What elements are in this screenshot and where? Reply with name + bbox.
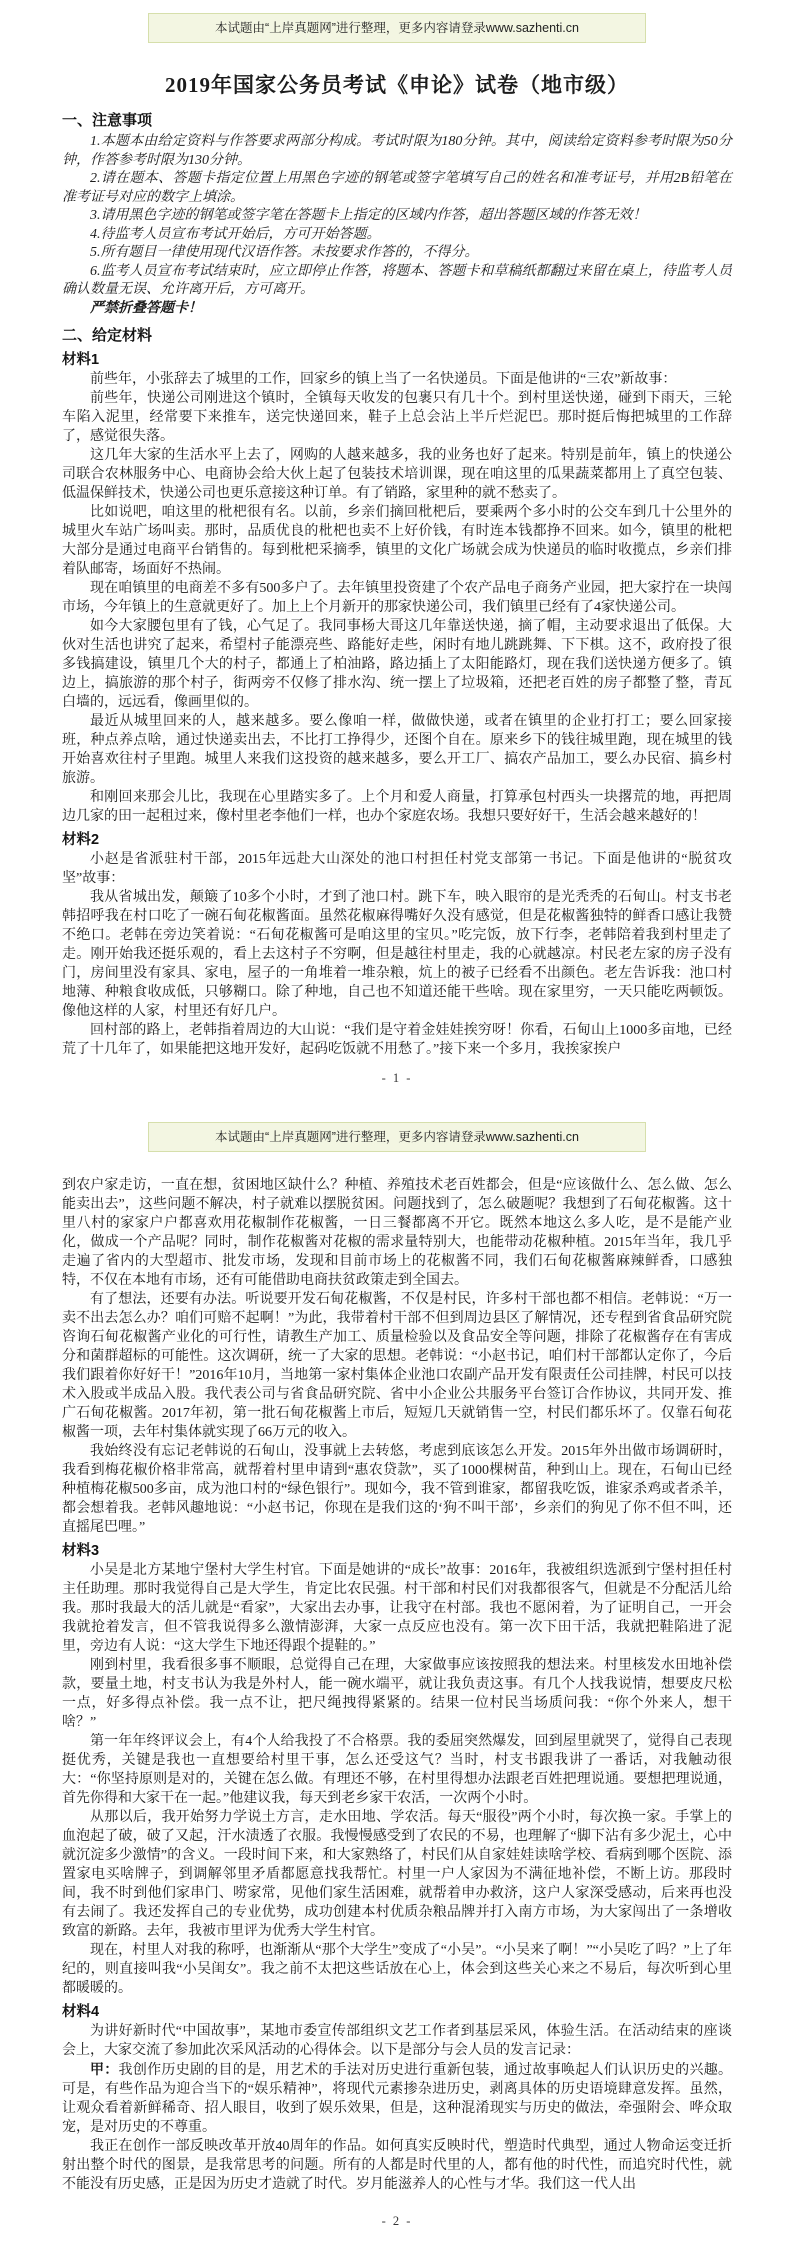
doc-title: 2019年国家公务员考试《申论》试卷（地市级） [62, 69, 732, 99]
notice-item-5: 5.所有题目一律使用现代汉语作答。未按要求作答的，不得分。 [62, 244, 732, 263]
notice-heading: 一、注意事项 [62, 109, 732, 130]
material-1-paragraph: 和刚回来那会儿比，我现在心里踏实多了。上个月和爱人商量，打算承包村西头一块撂荒的… [62, 788, 732, 826]
material-3-paragraph: 小吴是北方某地宁堡村大学生村官。下面是她讲的“成长”故事：2016年，我被组织选… [62, 1561, 732, 1656]
material-2-paragraph: 小赵是省派驻村干部，2015年远赴大山深处的池口村担任村党支部第一书记。下面是他… [62, 850, 732, 888]
page-number-2: - 2 - [62, 2214, 732, 2229]
material-1-paragraph: 这几年大家的生活水平上去了，网购的人越来越多，我的业务也好了起来。特别是前年，镇… [62, 446, 732, 503]
material-3-paragraph: 现在，村里人对我的称呼，也渐渐从“那个大学生”变成了“小吴”。“小吴来了啊！”“… [62, 1941, 732, 1998]
material-3-paragraph: 从那以后，我开始努力学说土方言，走水田地、学农活。每天“服役”两个小时，每次换一… [62, 1808, 732, 1941]
material-4-intro: 为讲好新时代“中国故事”，某地市委宣传部组织文艺工作者到基层采风，体验生活。在活… [62, 2022, 732, 2060]
material-1-paragraph: 比如说吧，咱这里的枇杷很有名。以前，乡亲们摘回枇杷后，要乘两个多小时的公交车到几… [62, 503, 732, 579]
page-1: 2019年国家公务员考试《申论》试卷（地市级） 一、注意事项 1.本题本由给定资… [0, 69, 794, 1086]
notice-item-1: 1.本题本由给定资料与作答要求两部分构成。考试时限为180分钟。其中，阅读给定资… [62, 133, 732, 170]
material-3-paragraph: 第一年年终评议会上，有4个人给我投了不合格票。我的委屈突然爆发，回到屋里就哭了，… [62, 1732, 732, 1808]
material-4-label: 材料4 [62, 2000, 732, 2021]
material-1-paragraph: 如今大家腰包里有了钱，心气足了。我同事杨大哥这几年靠送快递，摘了帽，主动要求退出… [62, 617, 732, 712]
notice-item-6: 6.监考人员宣布考试结束时，应立即停止作答，将题本、答题卡和草稿纸都翻过来留在桌… [62, 263, 732, 300]
source-banner: 本试题由“上岸真题网”进行整理，更多内容请登录www.sazhenti.cn [148, 1122, 646, 1152]
notice-warning: 严禁折叠答题卡！ [62, 300, 732, 319]
material-4-speaker-a-paragraph: 甲：我创作历史剧的目的是，用艺术的手法对历史进行重新包装，通过故事唤起人们认识历… [62, 2060, 732, 2137]
page-2: 到农户家走访，一直在想，贫困地区缺什么？种植、养殖技术老百姓都会，但是“应该做什… [0, 1176, 794, 2229]
material-2-paragraph: 回村部的路上，老韩指着周边的大山说：“我们是守着金娃娃挨穷呀！你看，石甸山上10… [62, 1021, 732, 1059]
material-1-paragraph: 前些年，小张辞去了城里的工作，回家乡的镇上当了一名快递员。下面是他讲的“三农”新… [62, 370, 732, 389]
material-2-paragraph: 我始终没有忘记老韩说的石甸山，没事就上去转悠，考虑到底该怎么开发。2015年外出… [62, 1442, 732, 1537]
materials-heading: 二、给定材料 [62, 324, 732, 345]
notice-item-4: 4.待监考人员宣布考试开始后，方可开始答题。 [62, 226, 732, 245]
source-banner: 本试题由“上岸真题网”进行整理，更多内容请登录www.sazhenti.cn [148, 13, 646, 43]
speaker-a-text: 我创作历史剧的目的是，用艺术的手法对历史进行重新包装，通过故事唤起人们认识历史的… [62, 2063, 732, 2135]
material-2-paragraph: 有了想法，还要有办法。听说要开发石甸花椒酱，不仅是村民，许多村干部也都不相信。老… [62, 1290, 732, 1442]
notice-item-2: 2.请在题本、答题卡指定位置上用黑色字迹的钢笔或签字笔填写自己的姓名和准考证号，… [62, 170, 732, 207]
material-1-paragraph: 最近从城里回来的人，越来越多。要么像咱一样，做做快递，或者在镇里的企业打打工；要… [62, 712, 732, 788]
material-4-paragraph: 我正在创作一部反映改革开放40周年的作品。如何真实反映时代，塑造时代典型，通过人… [62, 2137, 732, 2194]
source-banner-text: 本试题由“上岸真题网”进行整理，更多内容请登录www.sazhenti.cn [215, 1130, 579, 1144]
speaker-a-label: 甲： [90, 2061, 119, 2077]
material-3-label: 材料3 [62, 1539, 732, 1560]
material-1-paragraph: 现在咱镇里的电商差不多有500多户了。去年镇里投资建了个农产品电子商务产业园，把… [62, 579, 732, 617]
material-2-paragraph: 我从省城出发，颠簸了10多个小时，才到了池口村。跳下车，映入眼帘的是光秃秃的石甸… [62, 888, 732, 1021]
page-number-1: - 1 - [62, 1071, 732, 1086]
material-3-paragraph: 刚到村里，我看很多事不顺眼，总觉得自己在理，大家做事应该按照我的想法来。村里核发… [62, 1656, 732, 1732]
material-1-label: 材料1 [62, 348, 732, 369]
notice-item-3: 3.请用黑色字迹的钢笔或签字笔在答题卡上指定的区域内作答，超出答题区域的作答无效… [62, 207, 732, 226]
material-1-paragraph: 前些年，快递公司刚进这个镇时，全镇每天收发的包裹只有几十个。到村里送快递，碰到下… [62, 389, 732, 446]
source-banner-text: 本试题由“上岸真题网”进行整理，更多内容请登录www.sazhenti.cn [215, 21, 579, 35]
material-2-paragraph-continued: 到农户家走访，一直在想，贫困地区缺什么？种植、养殖技术老百姓都会，但是“应该做什… [62, 1176, 732, 1290]
material-2-label: 材料2 [62, 828, 732, 849]
